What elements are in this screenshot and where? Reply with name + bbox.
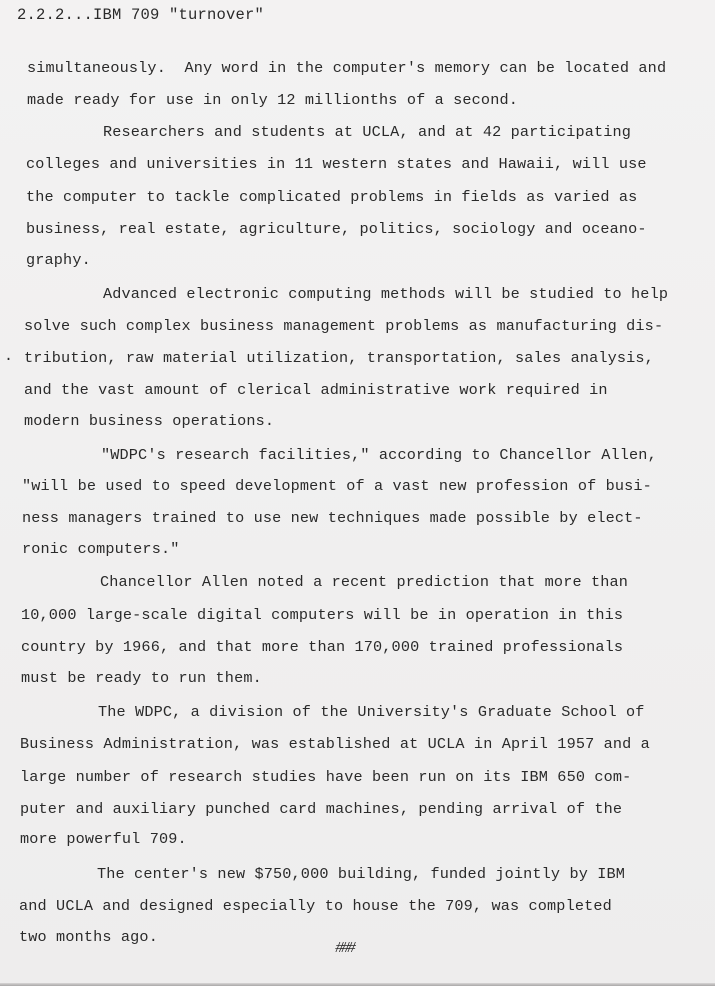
text-line: more powerful 709. bbox=[20, 829, 187, 849]
stray-mark: . bbox=[4, 348, 13, 365]
end-mark: ### bbox=[335, 940, 353, 957]
text-line: country by 1966, and that more than 170,… bbox=[21, 637, 623, 657]
page-header: 2.2.2...IBM 709 "turnover" bbox=[17, 6, 264, 24]
text-line: the computer to tackle complicated probl… bbox=[26, 187, 637, 207]
text-line: must be ready to run them. bbox=[21, 668, 262, 688]
text-line: large number of research studies have be… bbox=[20, 767, 631, 787]
text-line: The WDPC, a division of the University's… bbox=[98, 702, 645, 722]
text-line: made ready for use in only 12 millionths… bbox=[27, 90, 518, 110]
text-line: Business Administration, was established… bbox=[20, 734, 650, 754]
text-line: puter and auxiliary punched card machine… bbox=[20, 799, 622, 819]
text-line: modern business operations. bbox=[24, 411, 274, 431]
text-line: colleges and universities in 11 western … bbox=[26, 154, 647, 174]
typewritten-page: 2.2.2...IBM 709 "turnover" simultaneousl… bbox=[0, 0, 715, 986]
text-line: Chancellor Allen noted a recent predicti… bbox=[100, 572, 628, 592]
text-line: and UCLA and designed especially to hous… bbox=[19, 896, 612, 916]
text-line: tribution, raw material utilization, tra… bbox=[24, 348, 654, 368]
text-line: 10,000 large-scale digital computers wil… bbox=[21, 605, 623, 625]
text-line: ronic computers." bbox=[22, 539, 180, 559]
text-line: Researchers and students at UCLA, and at… bbox=[103, 122, 631, 142]
text-line: simultaneously. Any word in the computer… bbox=[27, 58, 666, 78]
text-line: solve such complex business management p… bbox=[24, 316, 663, 336]
text-line: graphy. bbox=[26, 250, 91, 270]
text-line: "WDPC's research facilities," according … bbox=[101, 445, 657, 465]
text-line: Advanced electronic computing methods wi… bbox=[103, 284, 668, 304]
text-line: business, real estate, agriculture, poli… bbox=[26, 219, 647, 239]
text-line: two months ago. bbox=[19, 927, 158, 947]
text-line: The center's new $750,000 building, fund… bbox=[97, 864, 625, 884]
text-line: ness managers trained to use new techniq… bbox=[22, 508, 643, 528]
text-line: and the vast amount of clerical administ… bbox=[24, 380, 608, 400]
text-line: "will be used to speed development of a … bbox=[22, 476, 652, 496]
